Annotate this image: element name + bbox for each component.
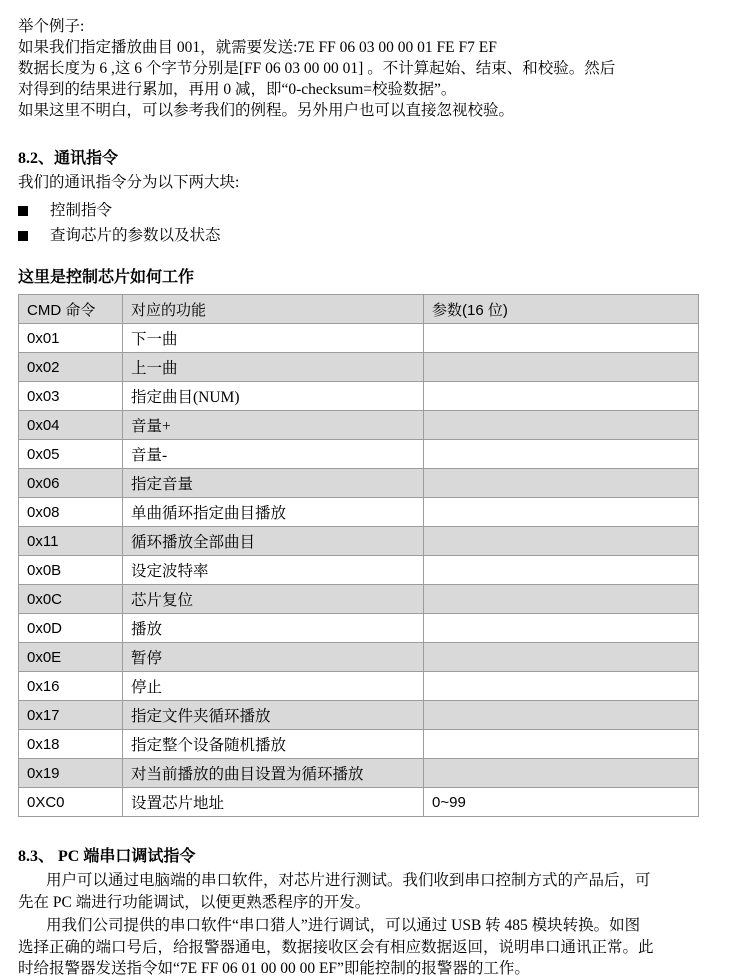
bullet-square-icon bbox=[18, 231, 28, 241]
text-line: 如果这里不明白，可以参考我们的例程。另外用户也可以直接忽视校验。 bbox=[18, 100, 732, 121]
table-row: 0x06指定音量 bbox=[19, 469, 699, 498]
table-cell-param bbox=[424, 701, 699, 730]
table-cell-cmd: 0x11 bbox=[19, 527, 123, 556]
table-cell-cmd: 0x06 bbox=[19, 469, 123, 498]
table-cell-param bbox=[424, 527, 699, 556]
table-cell-function: 芯片复位 bbox=[123, 585, 424, 614]
table-cell-cmd: 0x0C bbox=[19, 585, 123, 614]
table-cell-cmd: 0x18 bbox=[19, 730, 123, 759]
table-cell-function: 指定音量 bbox=[123, 469, 424, 498]
table-row: 0x11循环播放全部曲目 bbox=[19, 527, 699, 556]
table-row: 0x0E暂停 bbox=[19, 643, 699, 672]
table-cell-param bbox=[424, 411, 699, 440]
table-cell-cmd: 0x0B bbox=[19, 556, 123, 585]
table-cell-cmd: 0x0D bbox=[19, 614, 123, 643]
paragraph-pc-debug-2: 用我们公司提供的串口软件“串口猎人”进行调试，可以通过 USB 转 485 模块… bbox=[18, 915, 732, 976]
table-cell-param bbox=[424, 440, 699, 469]
document-page: 举个例子: 如果我们指定播放曲目 001，就需要发送:7E FF 06 03 0… bbox=[0, 0, 750, 976]
command-table: CMD 命令 对应的功能 参数(16 位) 0x01下一曲0x02上一曲0x03… bbox=[18, 294, 699, 817]
text-line: 选择正确的端口号后，给报警器通电，数据接收区会有相应数据返回，说明串口通讯正常。… bbox=[18, 937, 732, 959]
table-cell-param: 0~99 bbox=[424, 788, 699, 817]
table-header-param: 参数(16 位) bbox=[424, 295, 699, 324]
table-cell-cmd: 0x02 bbox=[19, 353, 123, 382]
text-line: 对得到的结果进行累加，再用 0 减，即“0-checksum=校验数据”。 bbox=[18, 79, 732, 100]
table-row: 0x17指定文件夹循环播放 bbox=[19, 701, 699, 730]
table-cell-cmd: 0x17 bbox=[19, 701, 123, 730]
text-line: 用我们公司提供的串口软件“串口猎人”进行调试，可以通过 USB 转 485 模块… bbox=[18, 915, 732, 937]
table-cell-param bbox=[424, 382, 699, 411]
table-cell-cmd: 0x16 bbox=[19, 672, 123, 701]
table-row: 0x0B设定波特率 bbox=[19, 556, 699, 585]
table-row: 0x04音量+ bbox=[19, 411, 699, 440]
table-cell-cmd: 0x04 bbox=[19, 411, 123, 440]
section-heading-8-3: 8.3、 PC 端串口调试指令 bbox=[18, 846, 732, 868]
text-line: 举个例子: bbox=[18, 16, 732, 37]
text-line: 用户可以通过电脑端的串口软件，对芯片进行测试。我们收到串口控制方式的产品后，可 bbox=[18, 870, 732, 892]
table-cell-param bbox=[424, 672, 699, 701]
table-cell-function: 对当前播放的曲目设置为循环播放 bbox=[123, 759, 424, 788]
bullet-item-label: 查询芯片的参数以及状态 bbox=[50, 223, 221, 248]
table-cell-function: 上一曲 bbox=[123, 353, 424, 382]
table-cell-param bbox=[424, 759, 699, 788]
bullet-square-icon bbox=[18, 206, 28, 216]
table-cell-param bbox=[424, 498, 699, 527]
table-row: 0XC0设置芯片地址0~99 bbox=[19, 788, 699, 817]
table-row: 0x01下一曲 bbox=[19, 324, 699, 353]
table-cell-function: 音量- bbox=[123, 440, 424, 469]
table-cell-cmd: 0x01 bbox=[19, 324, 123, 353]
section-heading-8-2: 8.2、通讯指令 bbox=[18, 148, 732, 170]
text-line: 先在 PC 端进行功能调试，以便更熟悉程序的开发。 bbox=[18, 892, 732, 914]
table-row: 0x02上一曲 bbox=[19, 353, 699, 382]
table-caption: 这里是控制芯片如何工作 bbox=[18, 267, 732, 289]
table-cell-param bbox=[424, 324, 699, 353]
intro-paragraph: 举个例子: 如果我们指定播放曲目 001，就需要发送:7E FF 06 03 0… bbox=[18, 16, 732, 121]
table-cell-cmd: 0x03 bbox=[19, 382, 123, 411]
table-cell-function: 指定文件夹循环播放 bbox=[123, 701, 424, 730]
table-row: 0x0D播放 bbox=[19, 614, 699, 643]
table-row: 0x19对当前播放的曲目设置为循环播放 bbox=[19, 759, 699, 788]
paragraph-pc-debug-1: 用户可以通过电脑端的串口软件，对芯片进行测试。我们收到串口控制方式的产品后，可 … bbox=[18, 870, 732, 913]
command-table-body: 0x01下一曲0x02上一曲0x03指定曲目(NUM)0x04音量+0x05音量… bbox=[19, 324, 699, 817]
table-cell-function: 停止 bbox=[123, 672, 424, 701]
table-cell-cmd: 0x19 bbox=[19, 759, 123, 788]
table-cell-function: 播放 bbox=[123, 614, 424, 643]
command-table-header: CMD 命令 对应的功能 参数(16 位) bbox=[19, 295, 699, 324]
bullet-item-control-commands: 控制指令 bbox=[18, 198, 732, 223]
text-line: 时给报警器发送指令如“7E FF 06 01 00 00 00 EF”即能控制的… bbox=[18, 958, 732, 976]
table-row: 0x0C芯片复位 bbox=[19, 585, 699, 614]
table-header-row: CMD 命令 对应的功能 参数(16 位) bbox=[19, 295, 699, 324]
table-cell-function: 指定整个设备随机播放 bbox=[123, 730, 424, 759]
table-cell-function: 暂停 bbox=[123, 643, 424, 672]
table-cell-param bbox=[424, 643, 699, 672]
table-cell-function: 音量+ bbox=[123, 411, 424, 440]
table-row: 0x08单曲循环指定曲目播放 bbox=[19, 498, 699, 527]
table-cell-param bbox=[424, 556, 699, 585]
table-row: 0x05音量- bbox=[19, 440, 699, 469]
table-row: 0x16停止 bbox=[19, 672, 699, 701]
table-header-cmd: CMD 命令 bbox=[19, 295, 123, 324]
table-row: 0x18指定整个设备随机播放 bbox=[19, 730, 699, 759]
table-cell-function: 设定波特率 bbox=[123, 556, 424, 585]
table-cell-function: 设置芯片地址 bbox=[123, 788, 424, 817]
bullet-list: 控制指令 查询芯片的参数以及状态 bbox=[18, 198, 732, 248]
bullet-item-query-status: 查询芯片的参数以及状态 bbox=[18, 223, 732, 248]
table-cell-cmd: 0XC0 bbox=[19, 788, 123, 817]
table-cell-function: 下一曲 bbox=[123, 324, 424, 353]
table-cell-cmd: 0x0E bbox=[19, 643, 123, 672]
table-row: 0x03指定曲目(NUM) bbox=[19, 382, 699, 411]
table-cell-param bbox=[424, 614, 699, 643]
table-cell-cmd: 0x05 bbox=[19, 440, 123, 469]
table-cell-param bbox=[424, 353, 699, 382]
section-8-2-intro-line: 我们的通讯指令分为以下两大块: bbox=[18, 172, 732, 193]
table-cell-param bbox=[424, 730, 699, 759]
text-line: 如果我们指定播放曲目 001，就需要发送:7E FF 06 03 00 00 0… bbox=[18, 37, 732, 58]
table-cell-param bbox=[424, 469, 699, 498]
text-line: 数据长度为 6 ,这 6 个字节分别是[FF 06 03 00 00 01] 。… bbox=[18, 58, 732, 79]
table-cell-cmd: 0x08 bbox=[19, 498, 123, 527]
table-cell-function: 循环播放全部曲目 bbox=[123, 527, 424, 556]
table-cell-param bbox=[424, 585, 699, 614]
bullet-item-label: 控制指令 bbox=[50, 198, 112, 223]
table-cell-function: 单曲循环指定曲目播放 bbox=[123, 498, 424, 527]
table-header-function: 对应的功能 bbox=[123, 295, 424, 324]
table-cell-function: 指定曲目(NUM) bbox=[123, 382, 424, 411]
